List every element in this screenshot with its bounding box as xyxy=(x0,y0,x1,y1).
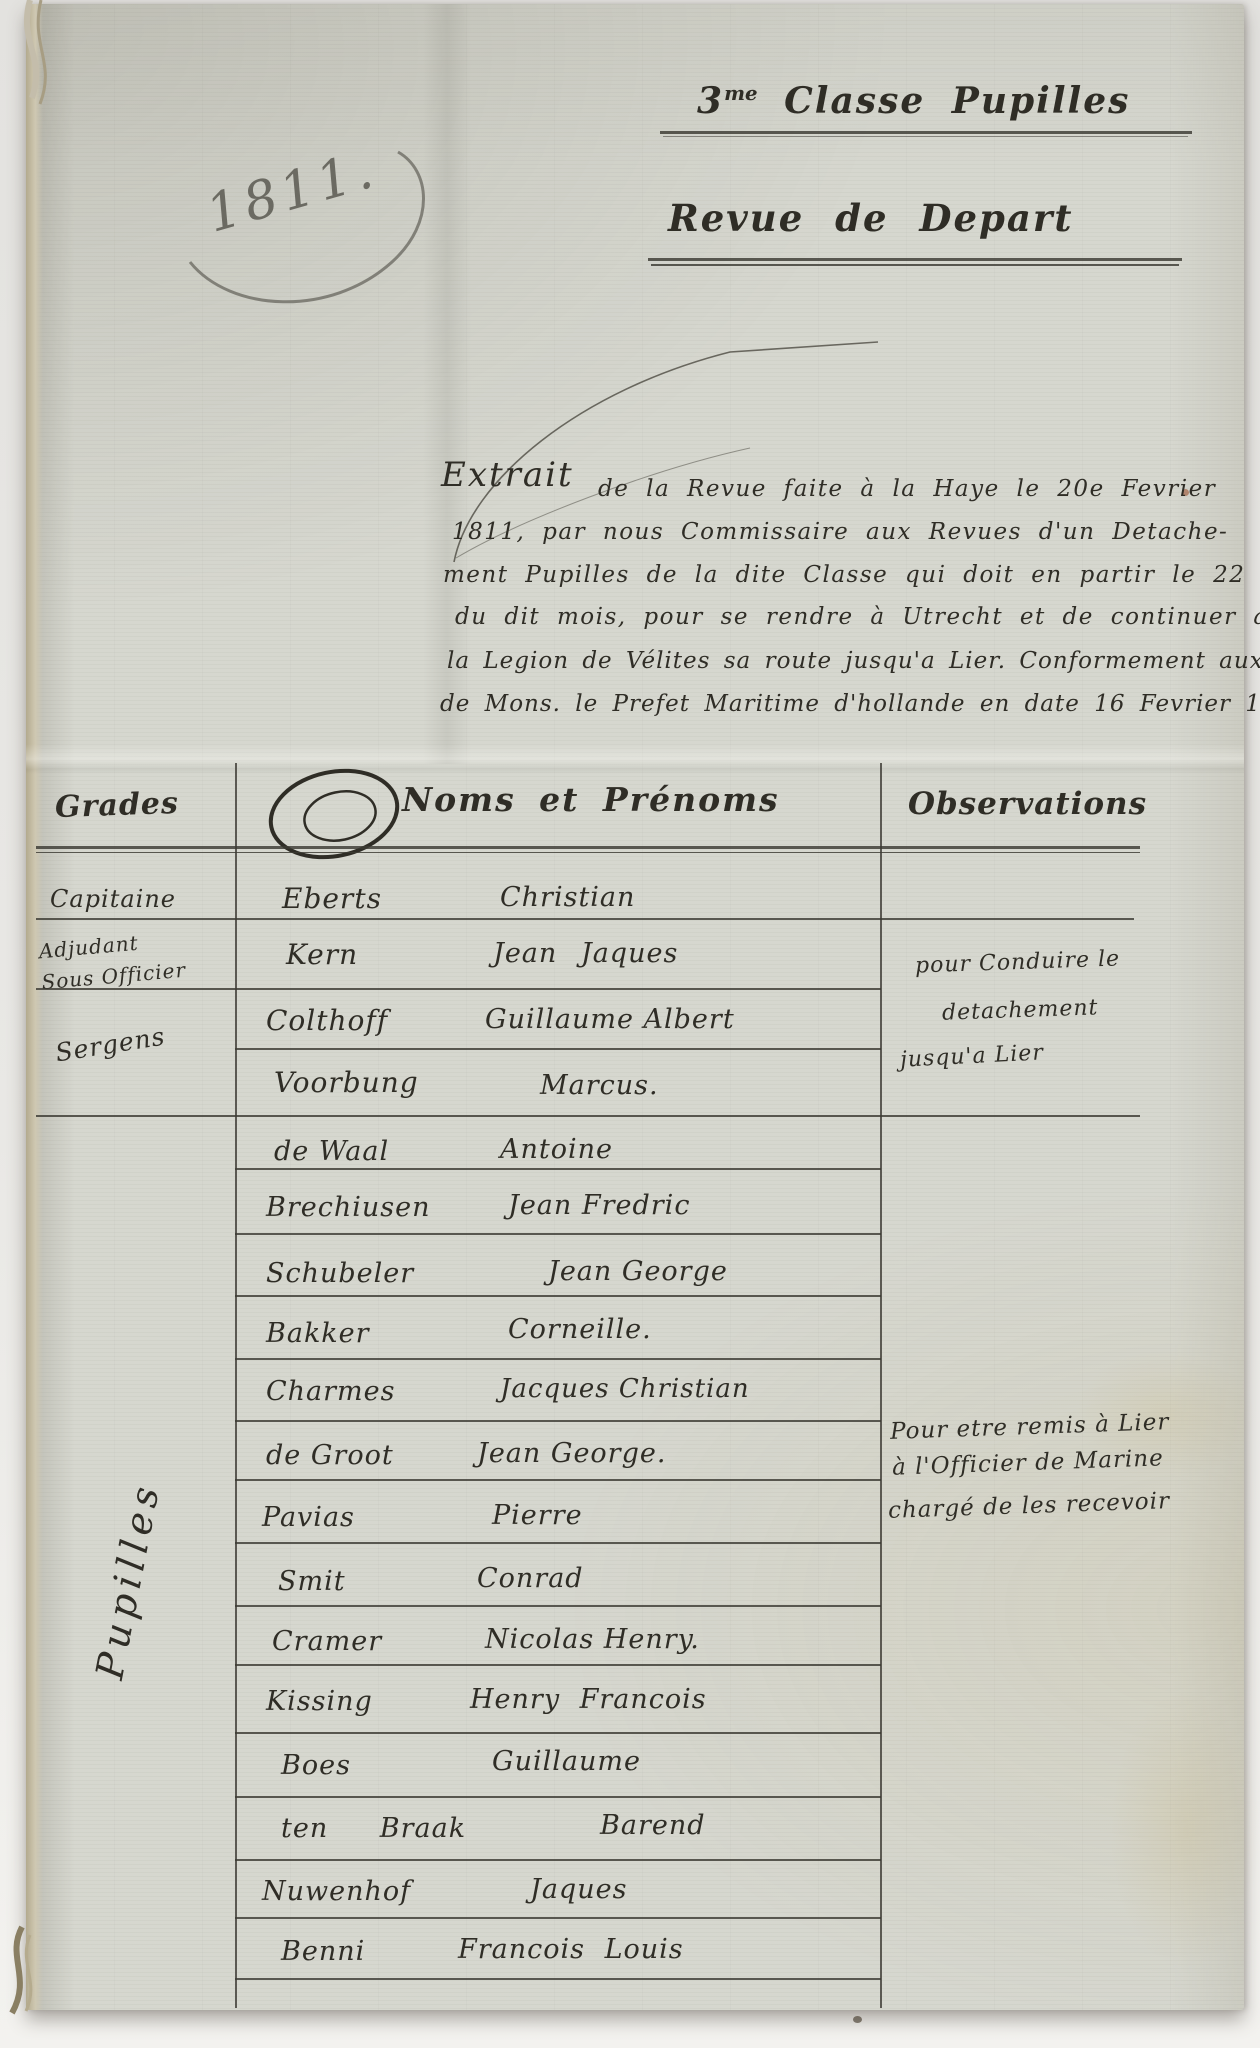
row-rule xyxy=(235,1233,881,1235)
pupille-prenom: Jacques Christian xyxy=(500,1374,750,1404)
row-rule xyxy=(235,1796,881,1798)
page-title-text: Classe Pupilles xyxy=(784,80,1130,122)
header-flourish xyxy=(262,762,412,872)
row-rule xyxy=(235,1978,881,1980)
officer-prenom: Marcus. xyxy=(540,1070,659,1101)
pupille-prenom: Corneille. xyxy=(508,1314,652,1345)
row-rule xyxy=(235,1542,881,1544)
pupille-nom: Cramer xyxy=(272,1626,382,1657)
binding-thread-top xyxy=(0,0,80,130)
officer-nom: Colthoff xyxy=(266,1004,388,1037)
subtitle-underline-2 xyxy=(651,264,1179,266)
pupille-nom: Boes xyxy=(281,1750,351,1781)
title-underline xyxy=(660,131,1192,134)
pupille-nom: Benni xyxy=(281,1936,365,1967)
intro-line: 1811, par nous Commissaire aux Revues d'… xyxy=(452,519,1228,545)
row-rule xyxy=(235,1479,881,1481)
row-rule xyxy=(235,1048,881,1050)
pupille-nom: Charmes xyxy=(266,1376,396,1407)
pupille-nom: Schubeler xyxy=(266,1258,414,1289)
intro-line: de Mons. le Prefet Maritime d'hollande e… xyxy=(440,691,1260,717)
title-underline-echo xyxy=(663,136,1188,137)
pupille-prenom: Jean Fredric xyxy=(508,1190,690,1221)
row-rule xyxy=(235,1358,881,1360)
binding-edge xyxy=(26,4,43,2010)
pupille-nom: Bakker xyxy=(266,1318,370,1349)
page-title-number: 3 xyxy=(697,80,724,122)
pupille-prenom: Antoine xyxy=(500,1134,613,1165)
grade-label: Capitaine xyxy=(50,885,176,913)
officer-prenom: Guillaume Albert xyxy=(485,1004,735,1035)
column-header-observations: Observations xyxy=(908,786,1147,822)
table-vline-left xyxy=(235,763,237,2008)
binding-thread-bottom xyxy=(0,1915,80,2045)
pupille-nom: Nuwenhof xyxy=(262,1876,411,1907)
pupille-nom: Pavias xyxy=(262,1502,355,1533)
page-title: 3me Classe Pupilles xyxy=(697,80,1130,122)
horizontal-crease xyxy=(26,744,1244,774)
ink-speck xyxy=(853,2016,862,2023)
photographed-manuscript: 1811. 3me Classe Pupilles Revue de Depar… xyxy=(0,0,1260,2048)
officer-nom: Kern xyxy=(286,938,358,971)
pupille-prenom: Guillaume xyxy=(492,1746,641,1777)
pupille-prenom: Barend xyxy=(600,1810,706,1841)
row-rule xyxy=(235,1732,881,1734)
officer-nom: Voorbung xyxy=(274,1066,419,1099)
year-annotation-flourish xyxy=(160,130,460,330)
row-rule xyxy=(235,1605,881,1607)
pupille-nom: de Groot xyxy=(266,1440,394,1471)
officer-prenom: Christian xyxy=(500,882,635,913)
subtitle-underline xyxy=(648,258,1182,261)
header-rule xyxy=(36,846,1140,849)
row-rule xyxy=(235,1420,881,1422)
pupille-prenom: Conrad xyxy=(477,1563,584,1594)
intro-line: du dit mois, pour se rendre à Utrecht et… xyxy=(455,604,1260,630)
pupille-prenom: Jaques xyxy=(530,1874,627,1905)
pupille-prenom: Francois Louis xyxy=(458,1934,684,1965)
pupille-nom: Brechiusen xyxy=(266,1192,431,1223)
header-rule-2 xyxy=(36,852,1140,853)
pupille-nom: Smit xyxy=(278,1566,346,1597)
intro-line: de la Revue faite à la Haye le 20e Fevri… xyxy=(598,476,1216,502)
officer-nom: Eberts xyxy=(282,882,382,915)
intro-line: ment Pupilles de la dite Classe qui doit… xyxy=(443,562,1245,588)
pupille-prenom: Jean George. xyxy=(477,1438,666,1469)
intro-opening-word: Extrait xyxy=(441,455,574,495)
intro-line: la Legion de Vélites sa route jusqu'a Li… xyxy=(447,648,1260,674)
row-rule xyxy=(235,1917,881,1919)
pupille-prenom: Jean George xyxy=(548,1256,728,1287)
pupille-prenom: Nicolas Henry. xyxy=(485,1624,700,1655)
column-header-grades: Grades xyxy=(54,786,179,825)
page-title-ordinal: me xyxy=(724,81,758,105)
table-vline-right xyxy=(880,763,882,2008)
pupille-nom: Kissing xyxy=(266,1686,373,1717)
officer-prenom: Jean Jaques xyxy=(493,938,678,969)
pupille-prenom: Pierre xyxy=(492,1500,583,1531)
pupille-nom: ten Braak xyxy=(281,1813,466,1844)
column-header-noms: Noms et Prénoms xyxy=(402,780,780,819)
row-rule xyxy=(36,918,1134,920)
row-rule xyxy=(235,1859,881,1861)
row-rule xyxy=(235,1295,881,1297)
group-separator-rule xyxy=(36,1115,1140,1117)
pupille-nom: de Waal xyxy=(274,1136,389,1167)
row-rule xyxy=(36,988,881,990)
row-rule xyxy=(235,1168,881,1170)
subtitle: Revue de Depart xyxy=(668,196,1073,240)
pupille-prenom: Henry Francois xyxy=(470,1684,707,1715)
row-rule xyxy=(235,1664,881,1666)
